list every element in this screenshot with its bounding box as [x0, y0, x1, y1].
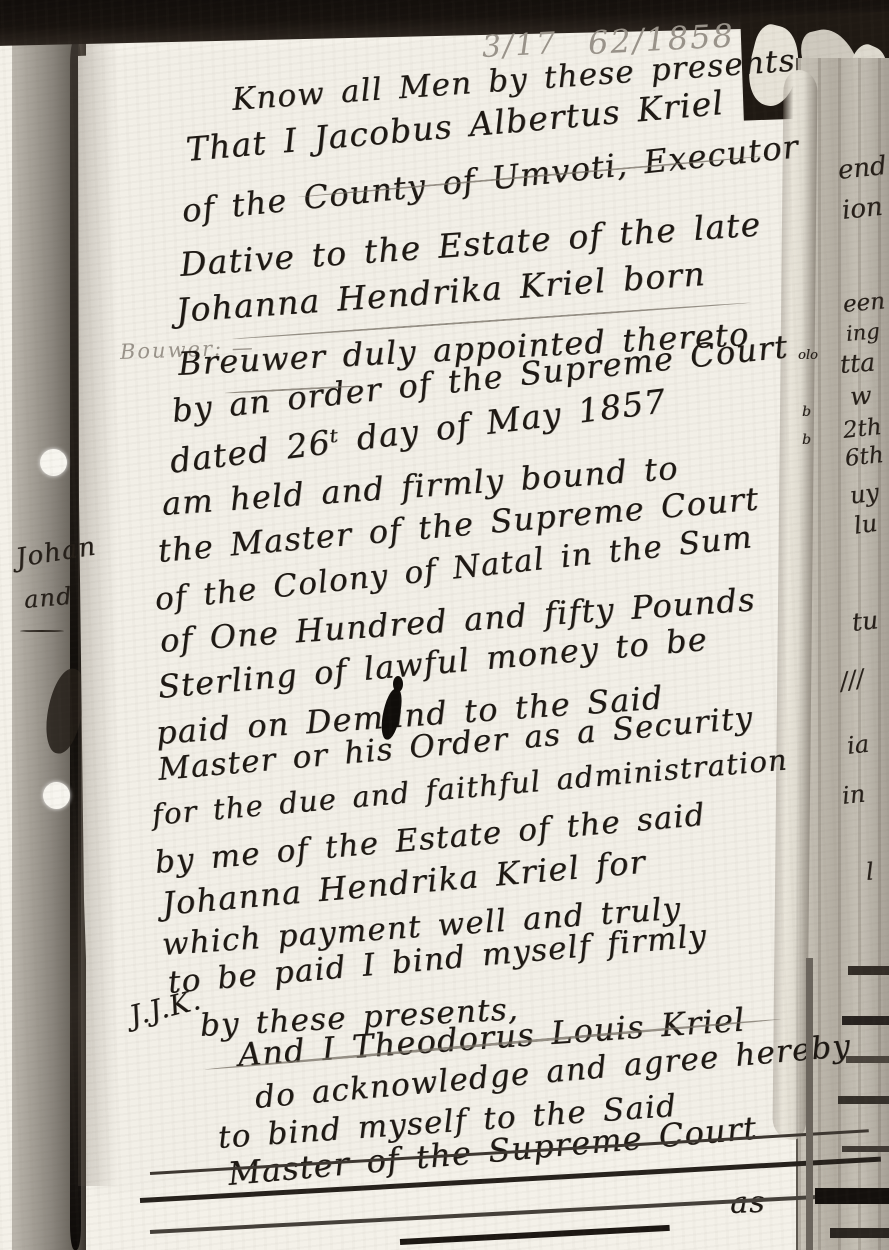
edge-fragment: 2th: [842, 414, 883, 444]
edge-fragment: tu: [850, 605, 879, 637]
page-stack-edge-right: [846, 1056, 889, 1063]
page-stack-edge: [400, 1225, 670, 1245]
edge-fragment: end: [836, 151, 888, 186]
page-stack-edge-right: [830, 1228, 889, 1238]
page-stack-edge-right: [806, 958, 813, 1250]
spine-dash: [20, 630, 64, 632]
punch-hole-top: [40, 449, 67, 476]
edge-fragment: b: [802, 404, 811, 420]
page-stack-edge-right: [842, 1146, 889, 1152]
edge-fragment: ion: [840, 192, 884, 226]
edge-fragment: in: [841, 780, 867, 810]
edge-fragment: uy: [848, 478, 881, 510]
page-stack-edge: [150, 1192, 879, 1234]
edge-fragment: 6th: [844, 442, 885, 472]
edge-fragment: ia: [846, 730, 871, 760]
page-stack-edge-right: [848, 966, 889, 975]
edge-fragment: ing: [845, 319, 881, 346]
edge-fragment: w: [849, 381, 872, 411]
page-stack-edge-right: [842, 1016, 889, 1025]
edge-fragment: olo: [798, 348, 818, 363]
edge-fragment: ///: [838, 664, 867, 696]
page-stack-edge-right: [838, 1096, 889, 1104]
spine-fragment-and: and: [23, 582, 74, 614]
page-stack-edge-right: [815, 1188, 889, 1204]
edge-fragment: tta: [839, 348, 876, 379]
edge-fragment: een: [842, 288, 886, 318]
scanned-document-page: 3/17 62/1858 Bouwer: — Johan and Know al…: [0, 0, 889, 1250]
edge-fragment: lu: [852, 509, 879, 540]
edge-fragment: b: [802, 432, 811, 448]
punch-hole-bottom: [43, 782, 70, 809]
ink-blot-small: [393, 676, 403, 692]
